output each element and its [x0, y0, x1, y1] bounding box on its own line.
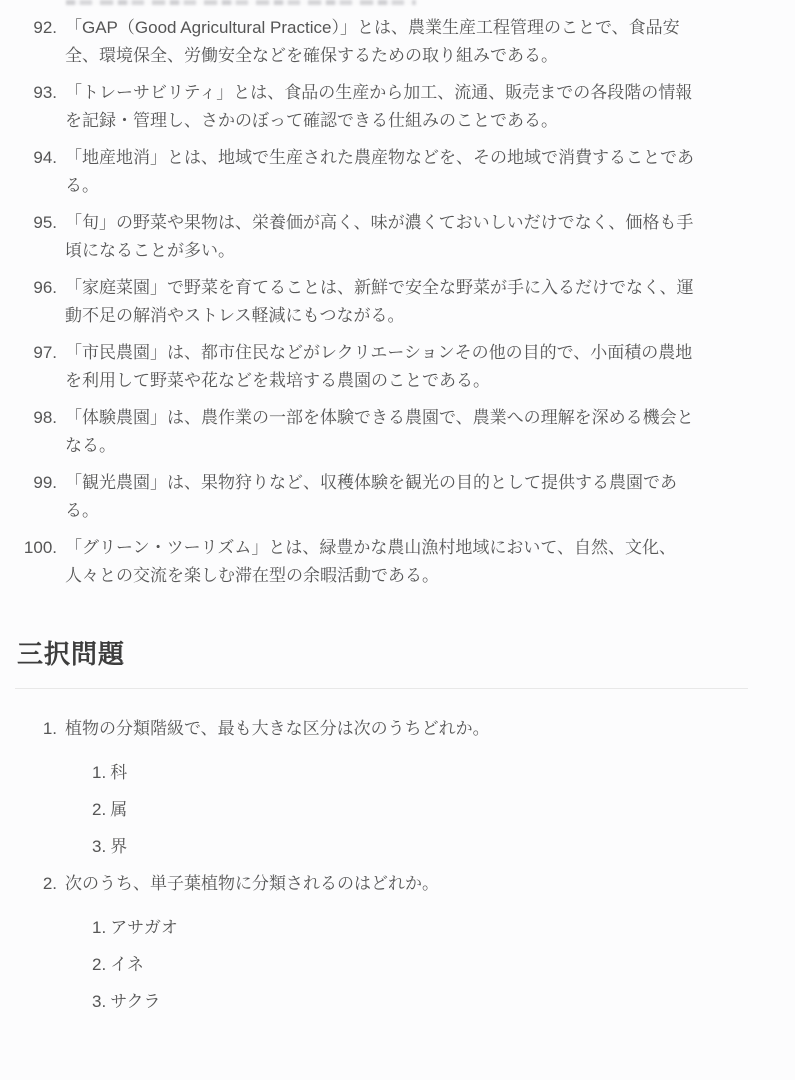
statement-item-100: 100. 「グリーン・ツーリズム」とは、緑豊かな農山漁村地域において、自然、文化… [0, 534, 755, 590]
statement-number: 95. [0, 209, 57, 265]
question-text: 植物の分類階級で、最も大きな区分は次のうちどれか。 [65, 715, 755, 743]
question-line: 1. 植物の分類階級で、最も大きな区分は次のうちどれか。 [0, 715, 755, 743]
section-divider-rule [15, 688, 748, 689]
question-line: 2. 次のうち、単子葉植物に分類されるのはどれか。 [0, 870, 755, 898]
statement-number: 99. [0, 469, 57, 525]
statement-text: 「トレーサビリティ」とは、食品の生産から加工、流通、販売までの各段階の情報 を記… [65, 79, 755, 135]
statement-text: 「観光農園」は、果物狩りなど、収穫体験を観光の目的として提供する農園であ る。 [65, 469, 755, 525]
statement-text: 「市民農園」は、都市住民などがレクリエーションその他の目的で、小面積の農地 を利… [65, 339, 755, 395]
choice-item: 3. サクラ [92, 988, 755, 1016]
choice-item: 2. 属 [92, 796, 755, 824]
statement-text: 「家庭菜園」で野菜を育てることは、新鮮で安全な野菜が手に入るだけでなく、運 動不… [65, 274, 755, 330]
section-heading: 三択問題 [17, 638, 748, 670]
statement-text: 「GAP（Good Agricultural Practice）」とは、農業生産… [65, 14, 755, 70]
statement-text: 「グリーン・ツーリズム」とは、緑豊かな農山漁村地域において、自然、文化、 人々と… [65, 534, 755, 590]
statement-item-96: 96. 「家庭菜園」で野菜を育てることは、新鮮で安全な野菜が手に入るだけでなく、… [0, 274, 755, 330]
statement-list: 92. 「GAP（Good Agricultural Practice）」とは、… [0, 14, 755, 590]
statement-item-97: 97. 「市民農園」は、都市住民などがレクリエーションその他の目的で、小面積の農… [0, 339, 755, 395]
statement-item-95: 95. 「旬」の野菜や果物は、栄養価が高く、味が濃くておいしいだけでなく、価格も… [0, 209, 755, 265]
choice-number: 1. [92, 914, 106, 942]
statement-item-94: 94. 「地産地消」とは、地域で生産された農産物などを、その地域で消費することで… [0, 144, 755, 200]
choice-label: アサガオ [110, 914, 178, 942]
choice-label: サクラ [110, 988, 160, 1016]
choice-number: 2. [92, 796, 106, 824]
question-number: 2. [0, 870, 57, 898]
statement-item-92: 92. 「GAP（Good Agricultural Practice）」とは、… [0, 14, 755, 70]
choice-number: 3. [92, 833, 106, 861]
statement-number: 92. [0, 14, 57, 70]
question-number: 1. [0, 715, 57, 743]
choice-label: 科 [110, 759, 127, 787]
choice-number: 2. [92, 951, 106, 979]
statement-item-98: 98. 「体験農園」は、農作業の一部を体験できる農園で、農業への理解を深める機会… [0, 404, 755, 460]
question-list: 1. 植物の分類階級で、最も大きな区分は次のうちどれか。 1. 科 2. 属 3… [0, 715, 755, 1016]
choice-number: 3. [92, 988, 106, 1016]
choice-item: 1. 科 [92, 759, 755, 787]
statement-number: 94. [0, 144, 57, 200]
statement-text: 「旬」の野菜や果物は、栄養価が高く、味が濃くておいしいだけでなく、価格も手 頃に… [65, 209, 755, 265]
statement-item-93: 93. 「トレーサビリティ」とは、食品の生産から加工、流通、販売までの各段階の情… [0, 79, 755, 135]
choice-list: 1. アサガオ 2. イネ 3. サクラ [92, 914, 755, 1016]
question-text: 次のうち、単子葉植物に分類されるのはどれか。 [65, 870, 755, 898]
question-item-1: 1. 植物の分類階級で、最も大きな区分は次のうちどれか。 1. 科 2. 属 3… [0, 715, 755, 861]
choice-number: 1. [92, 759, 106, 787]
statement-number: 98. [0, 404, 57, 460]
statement-number: 100. [0, 534, 57, 590]
choice-list: 1. 科 2. 属 3. 界 [92, 759, 755, 861]
choice-item: 3. 界 [92, 833, 755, 861]
choice-item: 1. アサガオ [92, 914, 755, 942]
choice-label: 属 [110, 796, 127, 824]
choice-label: 界 [110, 833, 127, 861]
statement-item-99: 99. 「観光農園」は、果物狩りなど、収穫体験を観光の目的として提供する農園であ… [0, 469, 755, 525]
choice-label: イネ [110, 951, 144, 979]
choice-item: 2. イネ [92, 951, 755, 979]
statement-number: 93. [0, 79, 57, 135]
quiz-document-page: 92. 「GAP（Good Agricultural Practice）」とは、… [0, 0, 795, 1080]
clipped-previous-text-line [66, 0, 416, 5]
statement-text: 「体験農園」は、農作業の一部を体験できる農園で、農業への理解を深める機会と なる… [65, 404, 755, 460]
statement-number: 97. [0, 339, 57, 395]
statement-number: 96. [0, 274, 57, 330]
question-item-2: 2. 次のうち、単子葉植物に分類されるのはどれか。 1. アサガオ 2. イネ … [0, 870, 755, 1016]
statement-text: 「地産地消」とは、地域で生産された農産物などを、その地域で消費することであ る。 [65, 144, 755, 200]
